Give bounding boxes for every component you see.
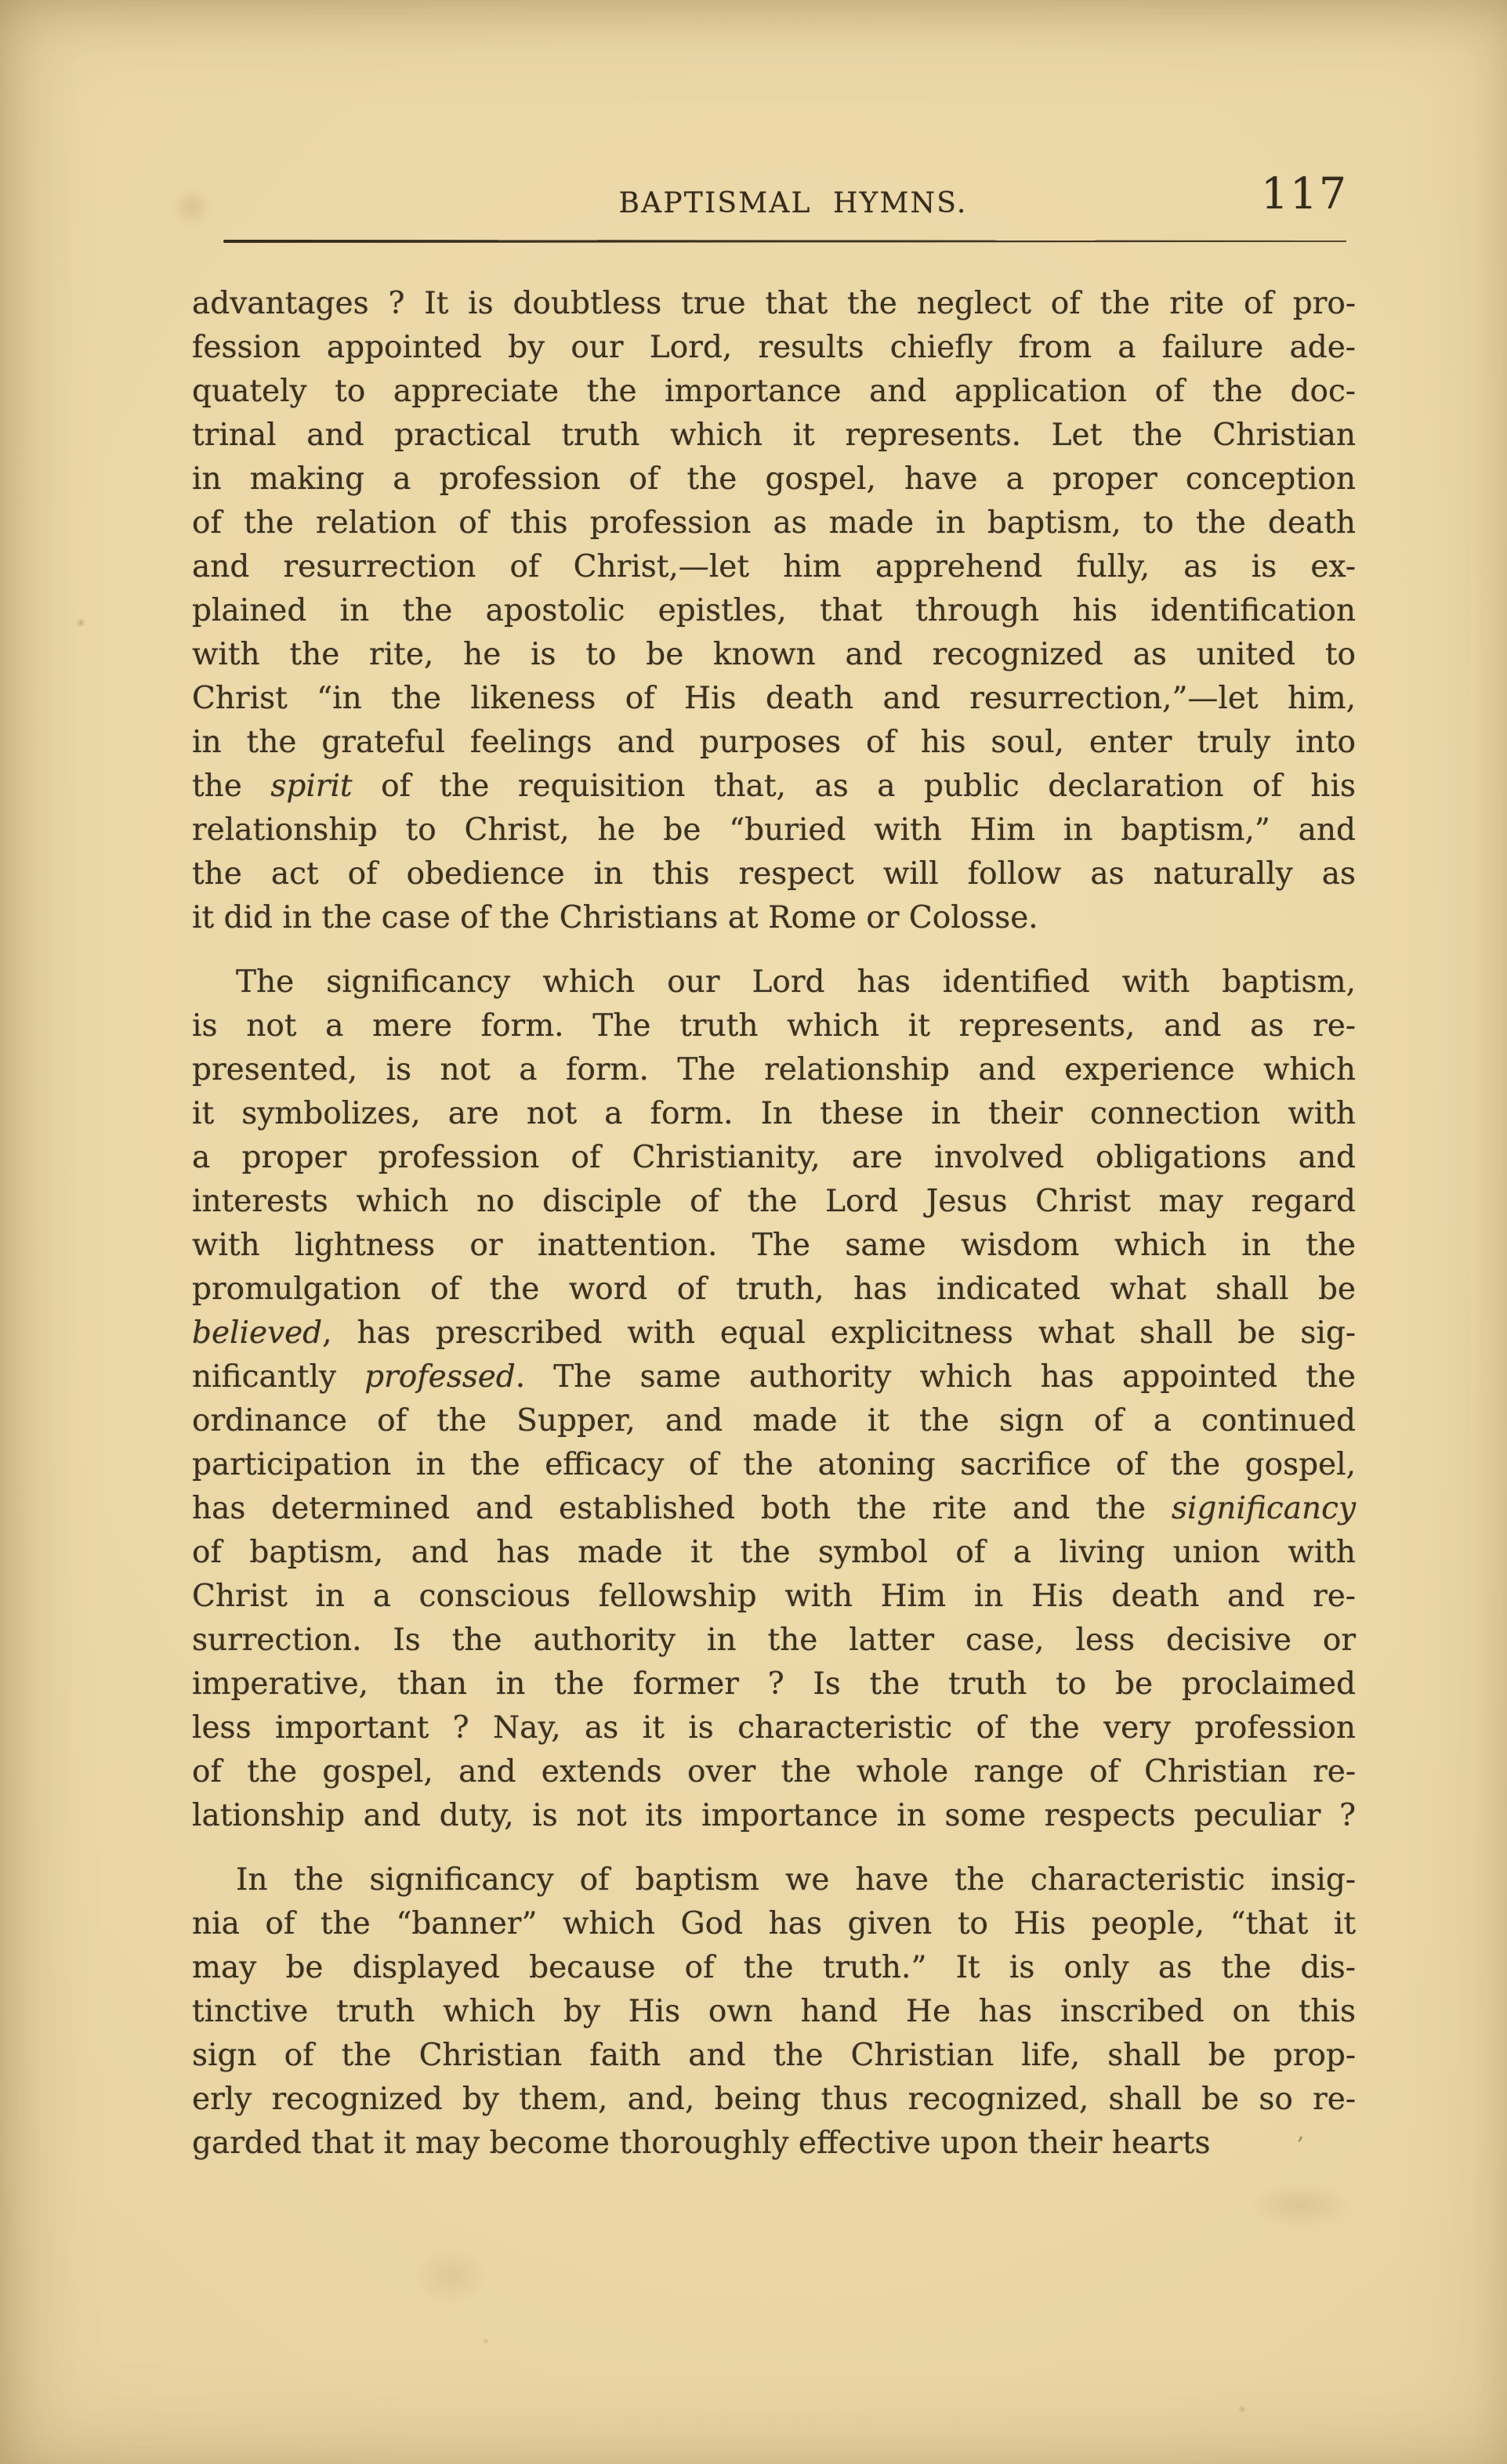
paragraph: advantages ? It is doubtless true that t… xyxy=(192,282,1356,940)
text-line: with lightness or inattention. The same … xyxy=(192,1224,1356,1268)
text-line: has determined and established both the … xyxy=(192,1487,1356,1531)
text-line: trinal and practical truth which it repr… xyxy=(192,414,1356,458)
text-segment: interests which no disciple of the Lord … xyxy=(192,1184,1356,1219)
text-line: tinctive truth which by His own hand He … xyxy=(192,1990,1356,2034)
text-segment: may be displayed because of the truth.” … xyxy=(192,1950,1356,1985)
text-segment: tinctive truth which by His own hand He … xyxy=(192,1994,1356,2029)
book-page: BAPTISMAL HYMNS. 117 advantages ? It is … xyxy=(0,0,1507,2464)
text-segment: of baptism, and has made it the symbol o… xyxy=(192,1535,1356,1570)
text-line: interests which no disciple of the Lord … xyxy=(192,1180,1356,1224)
text-segment: of the requisition that, as a public dec… xyxy=(353,769,1356,804)
paragraph: The significancy which our Lord has iden… xyxy=(192,961,1356,1838)
text-segment: it did in the case of the Christians at … xyxy=(192,900,1038,935)
text-line: in the grateful feelings and purposes of… xyxy=(192,721,1356,765)
text-segment: erly recognized by them, and, being thus… xyxy=(192,2082,1356,2117)
text-line: ordinance of the Supper, and made it the… xyxy=(192,1399,1356,1443)
text-line: in making a profession of the gospel, ha… xyxy=(192,458,1356,501)
text-line: participation in the efficacy of the ato… xyxy=(192,1443,1356,1487)
text-segment: presented, is not a form. The relationsh… xyxy=(192,1052,1356,1087)
text-segment: advantages ? It is doubtless true that t… xyxy=(192,286,1356,321)
text-segment: it symbolizes, are not a form. In these … xyxy=(192,1096,1356,1131)
text-segment: trinal and practical truth which it repr… xyxy=(192,418,1356,453)
text-segment: fession appointed by our Lord, results c… xyxy=(192,330,1356,365)
text-line: The significancy which our Lord has iden… xyxy=(192,961,1356,1004)
text-segment: relationship to Christ, he be “buried wi… xyxy=(192,812,1356,848)
text-line: and resurrection of Christ,—let him appr… xyxy=(192,545,1356,589)
text-segment: In the significancy of baptism we have t… xyxy=(236,1862,1356,1898)
text-line: erly recognized by them, and, being thus… xyxy=(192,2078,1356,2122)
text-segment: The significancy which our Lord has iden… xyxy=(236,964,1356,1000)
text-segment: imperative, than in the former ? Is the … xyxy=(192,1666,1356,1702)
text-segment: a proper profession of Christianity, are… xyxy=(192,1140,1356,1175)
italic-text: believed xyxy=(192,1315,322,1351)
paragraph: In the significancy of baptism we have t… xyxy=(192,1858,1356,2165)
text-segment: lationship and duty, is not its importan… xyxy=(192,1798,1356,1833)
text-segment: surrection. Is the authority in the latt… xyxy=(192,1623,1356,1658)
text-line: Christ in a conscious fellowship with Hi… xyxy=(192,1575,1356,1619)
text-line: sign of the Christian faith and the Chri… xyxy=(192,2034,1356,2078)
text-line: it did in the case of the Christians at … xyxy=(192,896,1356,940)
header-rule xyxy=(223,240,1346,243)
text-line: fession appointed by our Lord, results c… xyxy=(192,326,1356,370)
text-segment: sign of the Christian faith and the Chri… xyxy=(192,2038,1356,2073)
text-line: a proper profession of Christianity, are… xyxy=(192,1136,1356,1180)
text-segment: quately to appreciate the importance and… xyxy=(192,374,1356,409)
text-segment: with the rite, he is to be known and rec… xyxy=(192,637,1356,672)
text-line: of baptism, and has made it the symbol o… xyxy=(192,1531,1356,1575)
italic-text: professed xyxy=(364,1359,516,1395)
running-head-title: BAPTISMAL HYMNS. xyxy=(619,190,968,218)
text-line: garded that it may become thoroughly eff… xyxy=(192,2122,1356,2165)
italic-text: significancy xyxy=(1172,1491,1356,1526)
text-segment: in the grateful feelings and purposes of… xyxy=(192,725,1356,760)
text-line: surrection. Is the authority in the latt… xyxy=(192,1619,1356,1663)
text-line: with the rite, he is to be known and rec… xyxy=(192,633,1356,677)
text-segment: of the gospel, and extends over the whol… xyxy=(192,1754,1356,1789)
text-line: the spirit of the requisition that, as a… xyxy=(192,765,1356,809)
text-segment: with lightness or inattention. The same … xyxy=(192,1228,1356,1263)
text-line: relationship to Christ, he be “buried wi… xyxy=(192,809,1356,852)
text-line: plained in the apostolic epistles, that … xyxy=(192,589,1356,633)
text-line: lationship and duty, is not its importan… xyxy=(192,1794,1356,1838)
text-line: less important ? Nay, as it is character… xyxy=(192,1706,1356,1750)
text-line: quately to appreciate the importance and… xyxy=(192,370,1356,414)
text-segment: Christ “in the likeness of His death and… xyxy=(192,681,1356,716)
text-segment: plained in the apostolic epistles, that … xyxy=(192,593,1356,628)
text-line: In the significancy of baptism we have t… xyxy=(192,1858,1356,1902)
text-segment: . The same authority which has appointed… xyxy=(516,1359,1356,1395)
text-segment: is not a mere form. The truth which it r… xyxy=(192,1008,1356,1044)
text-line: advantages ? It is doubtless true that t… xyxy=(192,282,1356,326)
text-line: presented, is not a form. The relationsh… xyxy=(192,1048,1356,1092)
text-line: Christ “in the likeness of His death and… xyxy=(192,677,1356,721)
text-segment: Christ in a conscious fellowship with Hi… xyxy=(192,1579,1356,1614)
text-segment: participation in the efficacy of the ato… xyxy=(192,1447,1356,1482)
text-segment: nia of the “banner” which God has given … xyxy=(192,1906,1356,1941)
text-segment: has determined and established both the … xyxy=(192,1491,1172,1526)
text-line: of the relation of this profession as ma… xyxy=(192,501,1356,545)
text-line: the act of obedience in this respect wil… xyxy=(192,852,1356,896)
text-segment: nificantly xyxy=(192,1359,364,1395)
text-segment: less important ? Nay, as it is character… xyxy=(192,1710,1356,1746)
text-line: is not a mere form. The truth which it r… xyxy=(192,1004,1356,1048)
text-line: it symbolizes, are not a form. In these … xyxy=(192,1092,1356,1136)
text-line: of the gospel, and extends over the whol… xyxy=(192,1750,1356,1794)
text-segment: and resurrection of Christ,—let him appr… xyxy=(192,549,1356,584)
text-segment: ordinance of the Supper, and made it the… xyxy=(192,1403,1356,1438)
italic-text: spirit xyxy=(270,769,352,804)
text-segment: in making a profession of the gospel, ha… xyxy=(192,461,1356,497)
text-line: believed, has prescribed with equal expl… xyxy=(192,1312,1356,1355)
text-segment: the act of obedience in this respect wil… xyxy=(192,856,1356,892)
text-segment: of the relation of this profession as ma… xyxy=(192,505,1356,541)
text-line: nia of the “banner” which God has given … xyxy=(192,1902,1356,1946)
body-text: advantages ? It is doubtless true that t… xyxy=(192,282,1356,2165)
text-line: nificantly professed. The same authority… xyxy=(192,1355,1356,1399)
text-segment: the xyxy=(192,769,270,804)
text-line: imperative, than in the former ? Is the … xyxy=(192,1663,1356,1706)
text-line: may be displayed because of the truth.” … xyxy=(192,1946,1356,1990)
text-segment: , has prescribed with equal explicitness… xyxy=(322,1315,1356,1351)
text-segment: promulgation of the word of truth, has i… xyxy=(192,1272,1356,1307)
text-line: promulgation of the word of truth, has i… xyxy=(192,1268,1356,1312)
page-number: 117 xyxy=(1261,172,1348,215)
text-segment: garded that it may become thoroughly eff… xyxy=(192,2126,1211,2161)
